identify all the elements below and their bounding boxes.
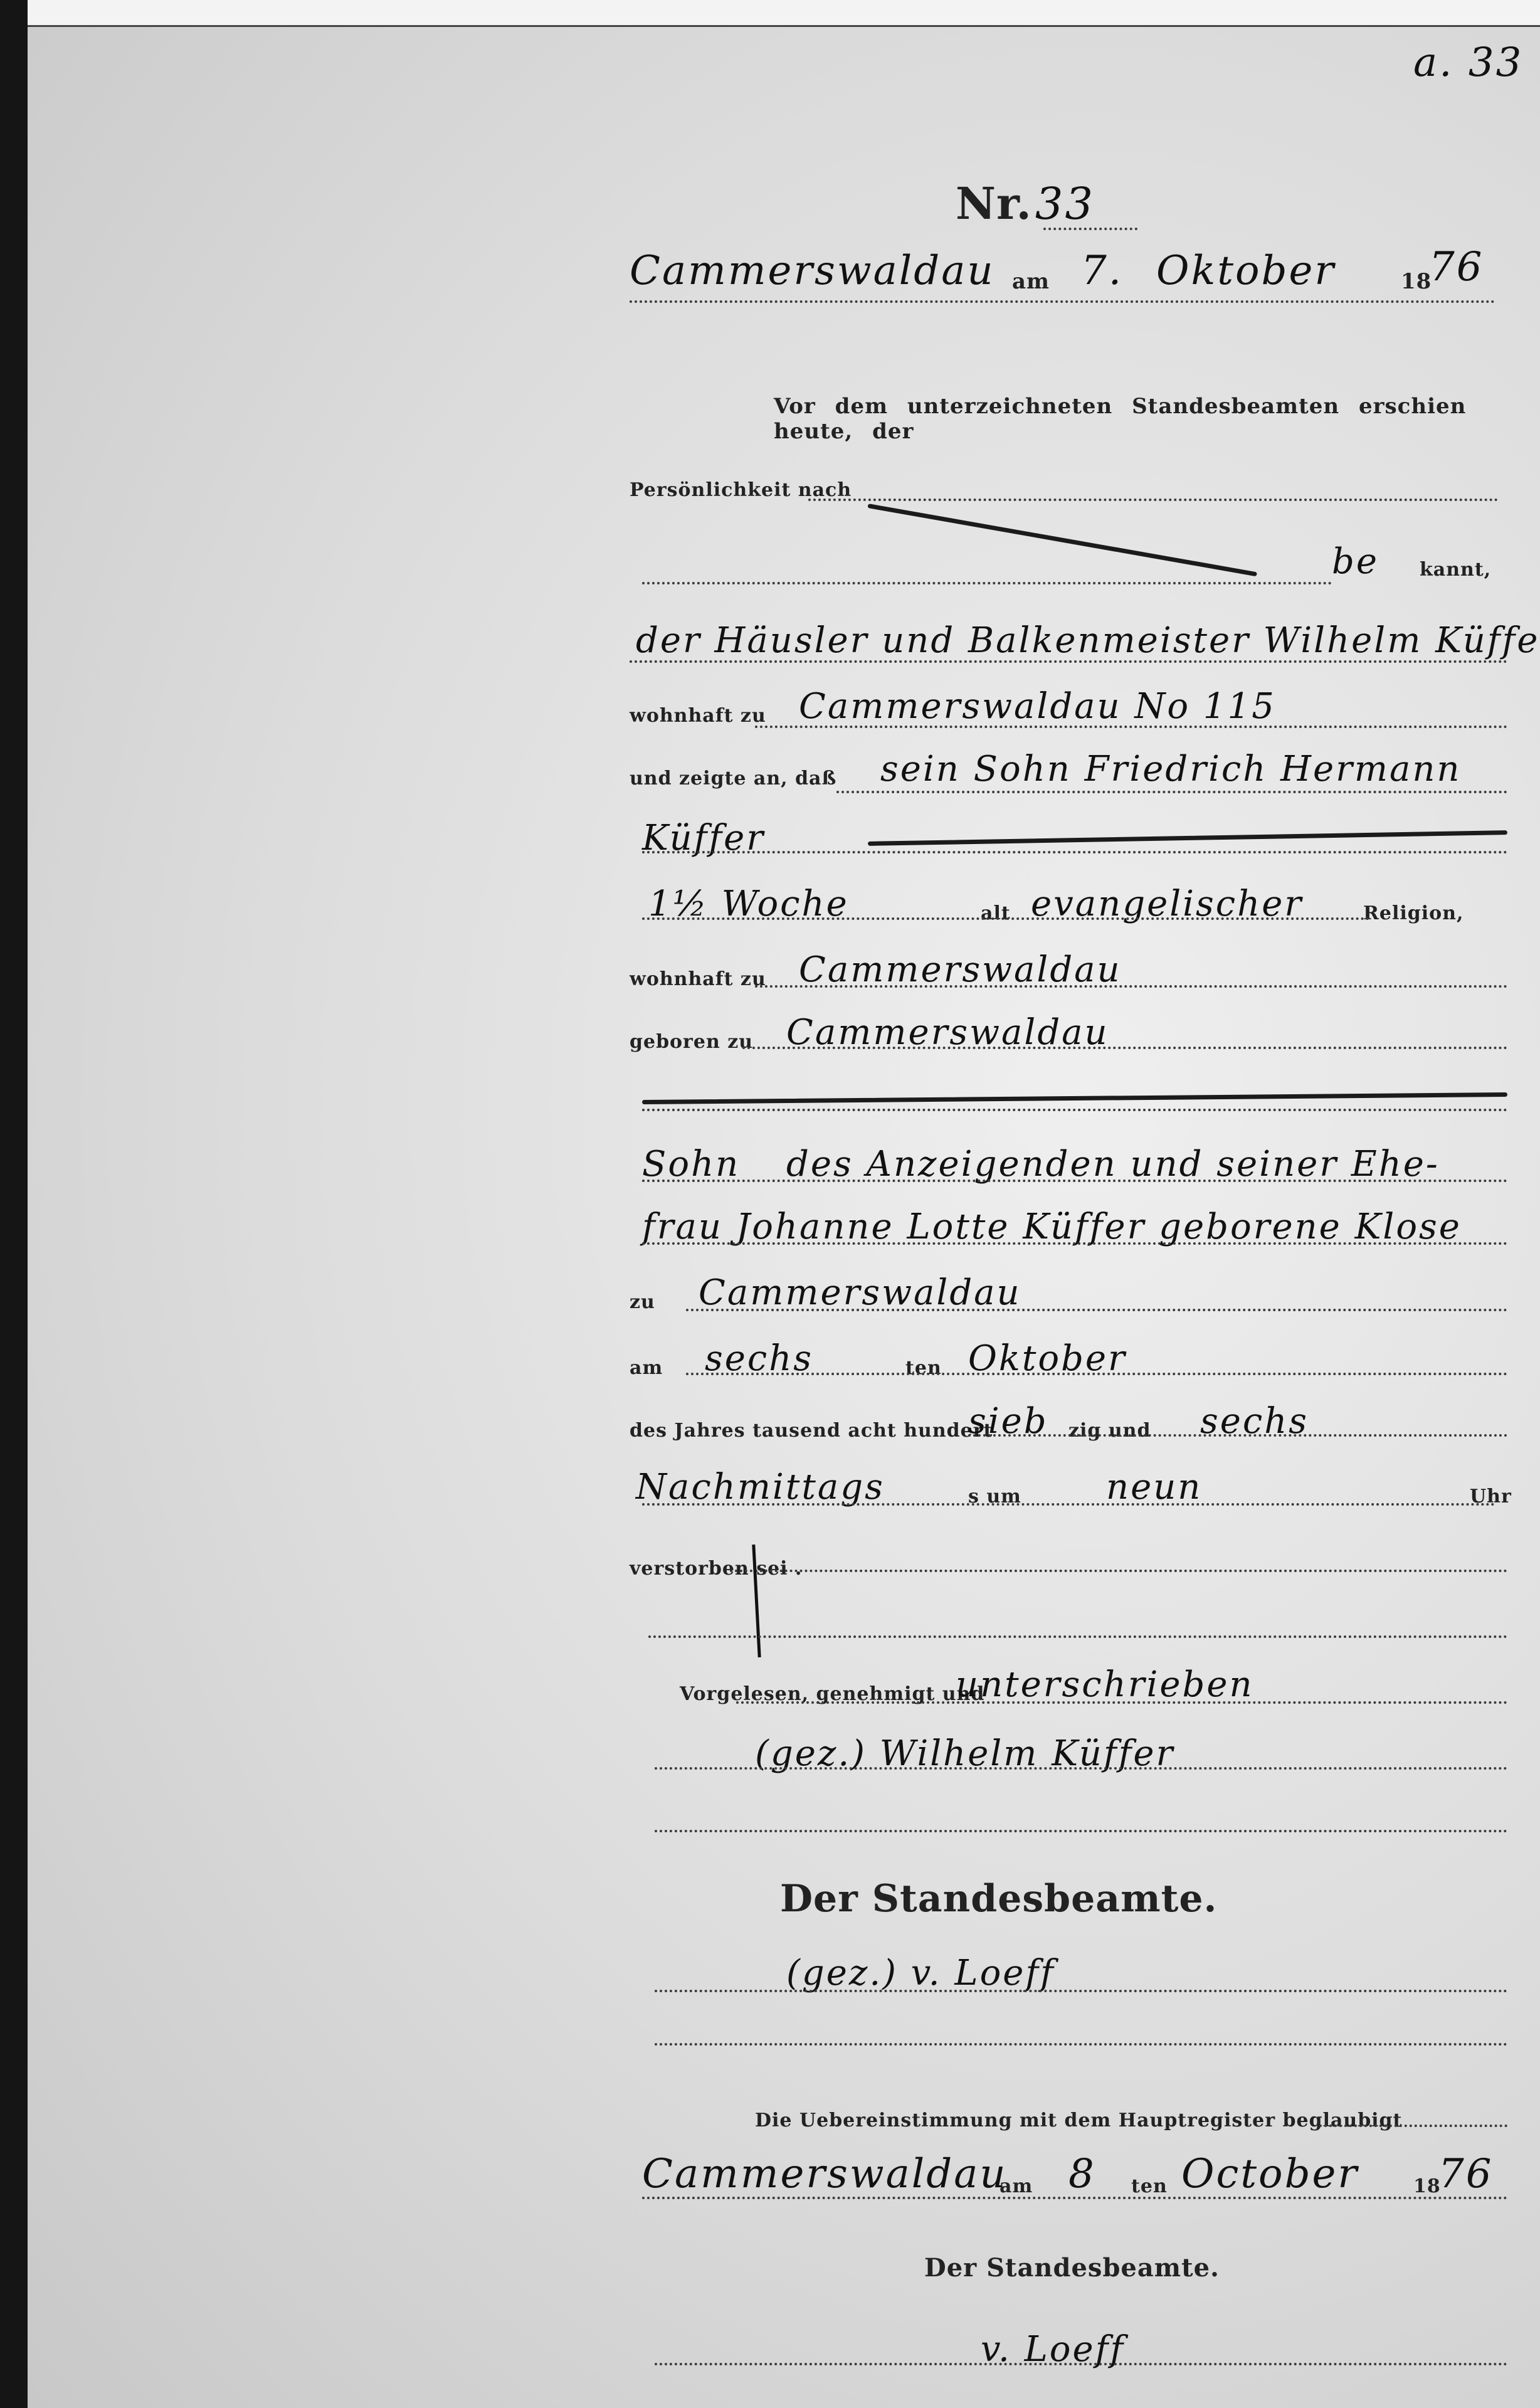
- deceased-name-line1: sein Sohn Friedrich Hermann: [880, 749, 1461, 789]
- blank-line-4: [655, 2043, 1507, 2046]
- header-date-row: Cammerswaldau am 7. Oktober 18 76: [630, 246, 1507, 303]
- certification-year-suffix: 76: [1438, 2151, 1493, 2197]
- registrar-title: Der Standesbeamte.: [780, 1877, 1217, 1921]
- informant-residence: Cammerswaldau No 115: [799, 686, 1276, 727]
- report-row: und zeigte an, daß sein Sohn Friedrich H…: [630, 742, 1507, 798]
- deceased-line1: [836, 791, 1507, 793]
- intro-text: Vor dem unterzeichneten Standesbeamten e…: [774, 394, 1540, 444]
- death-date-row: am sechs ten Oktober: [630, 1331, 1507, 1388]
- entry-number: Nr. 33: [956, 177, 1095, 230]
- header-month: Oktober: [1156, 248, 1336, 294]
- death-am-label: am: [630, 1357, 663, 1379]
- header-year-suffix: 76: [1429, 244, 1484, 290]
- alt-label: alt: [981, 902, 1011, 924]
- registrar-signature: (gez.) v. Loeff: [786, 1953, 1055, 1993]
- certification-place: Cammerswaldau: [642, 2151, 1008, 2197]
- deceased-residence-row: wohnhaft zu Cammerswaldau: [630, 943, 1507, 999]
- parents-line2: frau Johanne Lotte Küffer geborene Klose: [642, 1207, 1462, 1247]
- certification-ten-label: ten: [1131, 2175, 1168, 2197]
- certification-date-line: [642, 2197, 1507, 2199]
- death-year-row: des Jahres tausend acht hundert sieb zig…: [630, 1394, 1507, 1450]
- certification-month: October: [1181, 2151, 1359, 2197]
- informant-name: der Häusler und Balkenmeister Wilhelm Kü…: [636, 620, 1540, 661]
- identity-row: Persönlichkeit nach: [630, 453, 1507, 510]
- informant-line: [630, 660, 1507, 663]
- certification-row: Die Uebereinstimmung mit dem Hauptregist…: [630, 2084, 1507, 2140]
- closing-value: unterschrieben: [956, 1664, 1254, 1705]
- blank-line-2: [648, 1635, 1507, 1638]
- verstorben-line: [730, 1570, 1507, 1572]
- known-line: [642, 582, 1332, 584]
- age-religion-line: [642, 917, 1369, 920]
- deceased-residence-line: [755, 985, 1507, 988]
- page-number: a. 33: [1413, 40, 1523, 86]
- identity-line: [808, 499, 1498, 501]
- death-date-line: [686, 1373, 1507, 1375]
- deceased-line2: [642, 851, 1507, 853]
- header-day: 7.: [1081, 248, 1123, 294]
- certification-am-label: am: [999, 2175, 1033, 2197]
- death-time-row: Nachmittags s um neun Uhr: [630, 1460, 1507, 1516]
- certification-signature-line: [655, 2363, 1507, 2365]
- death-year-line: [968, 1434, 1507, 1437]
- death-hour: neun: [1106, 1467, 1202, 1508]
- parents-line1-rule: [642, 1180, 1507, 1182]
- certification-year-prefix: 18: [1413, 2175, 1441, 2197]
- parents-place: Cammerswaldau: [699, 1272, 1021, 1313]
- death-ten-label: ten: [905, 1357, 942, 1379]
- closing-row: Vorgelesen, genehmigt und unterschrieben: [630, 1657, 1507, 1714]
- header-year-prefix: 18: [1401, 269, 1432, 294]
- parents-row2: frau Johanne Lotte Küffer geborene Klose: [630, 1200, 1507, 1256]
- certification-signature-row: v. Loeff: [630, 2322, 1507, 2379]
- informant-residence-label: wohnhaft zu: [630, 705, 766, 727]
- parents-line2-rule: [642, 1242, 1507, 1245]
- birthplace-label: geboren zu: [630, 1031, 753, 1053]
- death-time-line: [642, 1503, 1495, 1506]
- closing-line: [736, 1701, 1507, 1704]
- parents-line1: des Anzeigenden und seiner Ehe-: [786, 1144, 1440, 1185]
- identity-strike-stroke: [867, 504, 1257, 576]
- death-year-label: des Jahres tausend acht hundert: [630, 1420, 993, 1442]
- age-religion-row: 1½ Woche alt evangelischer Religion,: [630, 877, 1507, 933]
- book-binding-edge: [0, 0, 28, 2408]
- birthplace-row: geboren zu Cammerswaldau: [630, 1005, 1507, 1062]
- informant-signature-line: [655, 1767, 1507, 1770]
- registrar-signature-row: (gez.) v. Loeff: [630, 1946, 1507, 2002]
- certification-text: Die Uebereinstimmung mit dem Hauptregist…: [755, 2110, 1402, 2131]
- identity-label: Persönlichkeit nach: [630, 479, 852, 501]
- certification-title: Der Standesbeamte.: [924, 2253, 1220, 2283]
- parents-zu-label: zu: [630, 1291, 655, 1313]
- entry-number-label: Nr.: [956, 177, 1032, 230]
- religion-label: Religion,: [1363, 902, 1464, 924]
- certification-line: [1319, 2125, 1507, 2127]
- blank-line: [642, 1109, 1507, 1111]
- scan-top-margin: [0, 0, 1540, 25]
- informant-signature-row: (gez.) Wilhelm Küffer: [630, 1726, 1507, 1783]
- deceased-residence: Cammerswaldau: [799, 949, 1122, 990]
- entry-number-line: [1043, 228, 1137, 230]
- parents-place-row: zu Cammerswaldau: [630, 1265, 1507, 1322]
- header-date-line: [630, 300, 1495, 303]
- header-place: Cammerswaldau: [630, 248, 995, 294]
- deceased-residence-label: wohnhaft zu: [630, 968, 766, 990]
- verstorben-label: verstorben sei .: [630, 1558, 802, 1580]
- section-fill-stroke: [642, 1092, 1507, 1104]
- death-zig-label: zig und: [1068, 1420, 1151, 1442]
- death-time-of-day: Nachmittags: [636, 1467, 885, 1508]
- parents-place-line: [686, 1309, 1507, 1311]
- header-am-label: am: [1012, 269, 1050, 294]
- blank-line-3: [655, 1830, 1507, 1832]
- known-hand: be: [1332, 541, 1379, 582]
- parents-row1: Sohn des Anzeigenden und seiner Ehe-: [630, 1137, 1507, 1193]
- verstorben-row: verstorben sei .: [630, 1532, 1507, 1588]
- parents-sohn: Sohn: [642, 1144, 740, 1185]
- birthplace-line: [742, 1047, 1507, 1049]
- entry-number-value: 33: [1035, 178, 1095, 230]
- informant-residence-line: [755, 726, 1507, 728]
- report-label: und zeigte an, daß: [630, 768, 836, 789]
- register-page: a. 33 Nr. 33 Cammerswaldau am 7. Oktober…: [28, 25, 1540, 2408]
- known-suffix: kannt,: [1420, 559, 1491, 581]
- certification-day: 8: [1068, 2151, 1096, 2197]
- registrar-signature-line: [655, 1990, 1507, 1992]
